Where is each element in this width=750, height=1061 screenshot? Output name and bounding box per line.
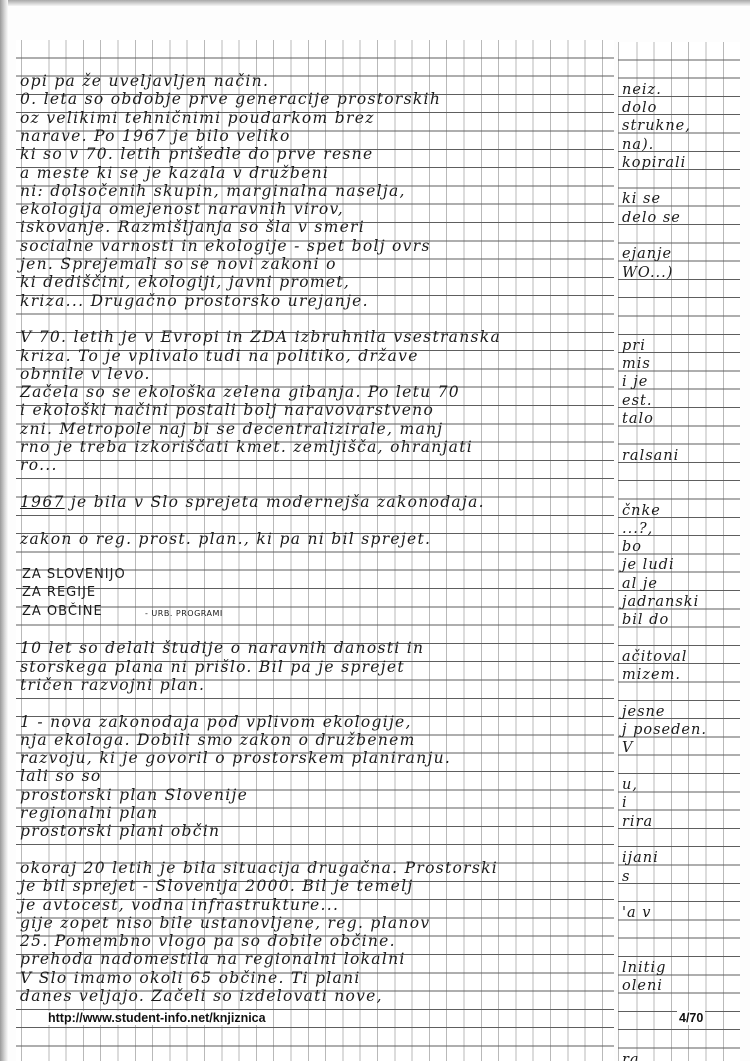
handwritten-side-fragment: i — [622, 794, 628, 812]
handwritten-side-fragment: V — [622, 739, 633, 757]
handwritten-line: narave. Po 1967 je bilo veliko — [20, 127, 291, 145]
handwritten-line: 1967 je bila v Slo sprejeta modernejša z… — [20, 493, 485, 511]
handwritten-line: i ekološki načini postali bolj naravovar… — [20, 401, 434, 419]
handwritten-side-fragment: oleni — [622, 977, 663, 995]
handwritten-side-fragment: dolo — [622, 99, 657, 117]
scan-top-shadow — [0, 0, 750, 6]
handwritten-line: 0. leta so obdobje prve generacije prost… — [20, 90, 441, 108]
handwritten-side-fragment: mis — [622, 355, 651, 373]
handwritten-line: obrnile v levo. — [20, 365, 151, 383]
handwritten-line: gije zopet niso bile ustanovljene, reg. … — [20, 914, 430, 932]
handwritten-line: danes veljajo. Začeli so izdelovati nove… — [20, 987, 383, 1005]
handwritten-side-fragment: s — [622, 868, 630, 886]
handwritten-side-fragment: bo — [622, 538, 642, 556]
handwritten-side-fragment: 'a v — [622, 904, 651, 922]
handwritten-line: 1 - nova zakonodaja pod vplivom ekologij… — [20, 713, 412, 731]
scanned-page: opi pa že uveljavljen način.0. leta so o… — [0, 0, 750, 1061]
handwritten-line: lali so so — [20, 767, 102, 785]
scan-left-shadow — [0, 0, 8, 1061]
page-number: 4/70 — [677, 1011, 705, 1025]
handwritten-side-fragment: delo se — [622, 209, 681, 227]
handwritten-line: ZA SLOVENIJO — [22, 566, 126, 584]
handwritten-line: socialne varnosti in ekologije - spet bo… — [20, 237, 431, 255]
handwritten-side-fragment: ...?, — [622, 520, 653, 538]
handwritten-line: zni. Metropole naj bi se decentraliziral… — [20, 420, 443, 438]
handwritten-line: prostorski plani občin — [20, 822, 220, 840]
handwritten-line: zakon o reg. prost. plan., ki pa ni bil … — [20, 530, 431, 548]
handwritten-annotation: - URB. PROGRAMI — [145, 605, 223, 623]
handwritten-line: okoraj 20 letih je bila situacija drugač… — [20, 859, 498, 877]
handwritten-line: Začela so se ekološka zelena gibanja. Po… — [20, 383, 460, 401]
handwritten-line: jen. Sprejemali so se novi zakoni o — [20, 255, 337, 273]
handwritten-side-fragment: rira — [622, 813, 653, 831]
handwritten-line: a meste ki se je kazala v družbeni — [20, 164, 329, 182]
handwritten-side-fragment: strukne, — [622, 117, 691, 135]
handwritten-line: V 70. letih je v Evropi in ZDA izbruhnil… — [20, 328, 501, 346]
handwritten-side-fragment: pri — [622, 337, 646, 355]
handwritten-line: razvoju, ki je govoril o prostorskem pla… — [20, 749, 451, 767]
handwritten-line: V Slo imamo okoli 65 občine. Ti plani — [20, 969, 361, 987]
handwritten-side-fragment: je ludi — [622, 556, 675, 574]
handwritten-side-fragment: ijani — [622, 849, 659, 867]
handwritten-line: nja ekologa. Dobili smo zakon o družbene… — [20, 731, 416, 749]
handwritten-line: rno je treba izkoriščati kmet. zemljišča… — [20, 438, 473, 456]
handwritten-side-fragment: ra — [622, 1051, 640, 1061]
handwritten-side-fragment: j poseden. — [622, 721, 707, 739]
handwritten-line: storskega plana ni prišlo. Bil pa je spr… — [20, 658, 405, 676]
handwritten-line: ki so v 70. letih prišedle do prve resne — [20, 145, 373, 163]
handwritten-line: oz velikimi tehničnimi poudarkom brez — [20, 109, 375, 127]
handwritten-line: prehoda nadomestila na regionalni lokaln… — [20, 950, 406, 968]
handwritten-side-fragment: ki se — [622, 190, 661, 208]
handwritten-side-fragment: mizem. — [622, 666, 681, 684]
handwritten-side-fragment: est. — [622, 392, 652, 410]
handwritten-side-fragment: ejanje — [622, 245, 672, 263]
handwritten-side-fragment: u, — [622, 776, 638, 794]
handwritten-line: 25. Pomembno vlogo pa so dobile občine. — [20, 932, 396, 950]
handwritten-line: tričen razvojni plan. — [20, 676, 205, 694]
handwritten-line: prostorski plan Slovenije — [20, 786, 248, 804]
handwritten-side-fragment: ralsani — [622, 447, 679, 465]
handwritten-line: regionalni plan — [20, 804, 158, 822]
handwritten-line: iskovanje. Razmišljanja so šla v smeri — [20, 218, 365, 236]
handwritten-side-fragment: na). — [622, 136, 654, 154]
handwritten-side-fragment: i je — [622, 373, 648, 391]
handwritten-side-fragment: jesne — [622, 703, 665, 721]
handwritten-line: ki dediščini, ekologiji, javni promet, — [20, 273, 350, 291]
handwritten-side-fragment: talo — [622, 410, 654, 428]
handwritten-line: ZA REGIJE — [22, 584, 96, 602]
handwritten-line: opi pa že uveljavljen način. — [20, 72, 269, 90]
handwritten-line: ZA OBČINE — [22, 603, 103, 621]
handwritten-line: je avtocest, vodna infrastrukture... — [20, 896, 339, 914]
handwritten-line: 10 let so delali študije o naravnih dano… — [20, 639, 424, 657]
handwritten-side-fragment: al je — [622, 575, 658, 593]
handwritten-line: kriza... Drugačno prostorsko urejanje. — [20, 292, 369, 310]
handwritten-side-fragment: kopirali — [622, 154, 686, 172]
handwritten-side-fragment: WO...) — [622, 264, 673, 282]
handwritten-line: je bil sprejet - Slovenija 2000. Bil je … — [20, 877, 413, 895]
footer-url-link[interactable]: http://www.student-info.net/knjiznica — [46, 1011, 268, 1025]
handwritten-side-fragment: ačitoval — [622, 648, 687, 666]
handwritten-line: ni: dolsočenih skupin, marginalna naselj… — [20, 182, 406, 200]
handwritten-line: kriza. To je vplivalo tudi na politiko, … — [20, 347, 419, 365]
handwritten-side-fragment: čnke — [622, 502, 661, 520]
handwritten-line: ro... — [20, 456, 58, 474]
handwritten-side-fragment: neiz. — [622, 81, 662, 99]
handwritten-line: ekologija omejenost naravnih virov, — [20, 200, 344, 218]
handwritten-side-fragment: bil do — [622, 611, 669, 629]
handwritten-side-fragment: lnitig — [622, 959, 666, 977]
handwritten-side-fragment: jadranski — [622, 593, 699, 611]
